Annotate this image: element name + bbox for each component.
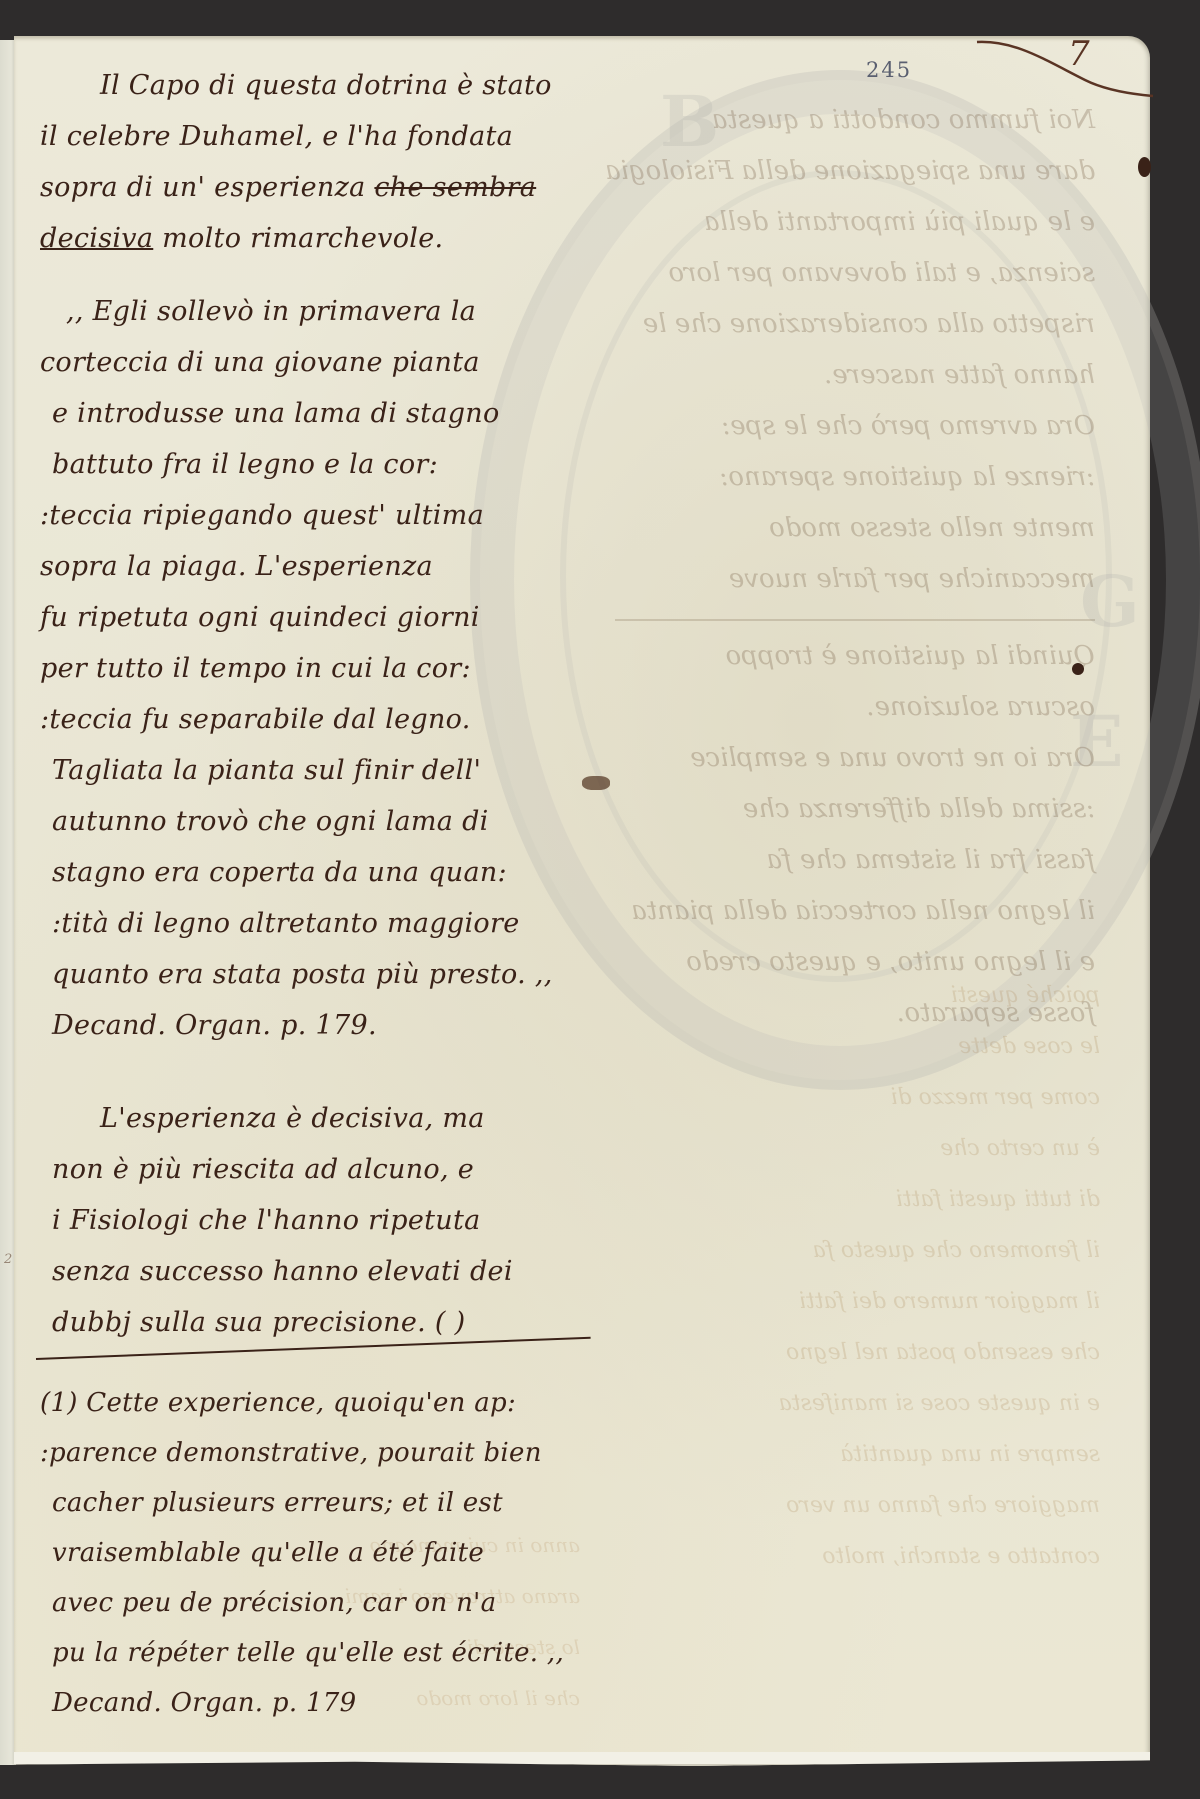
text-line: non è più riescita ad alcuno, e — [40, 1144, 600, 1195]
paragraph-3: L'esperienza è decisiva, ma non è più ri… — [40, 1093, 600, 1348]
text-line: il celebre Duhamel, e l'ha fondata — [40, 111, 600, 162]
text-line: :tità di legno altretanto maggiore — [40, 898, 600, 949]
text-line: battuto fra il legno e la cor: — [40, 439, 600, 490]
footnote-line: avec peu de précision, car on n'a — [40, 1578, 600, 1628]
text-line: stagno era coperta da una quan: — [40, 847, 600, 898]
text-line: sopra la piaga. L'esperienza — [40, 541, 600, 592]
folio-number-stamp: 245 — [866, 58, 912, 82]
footnote-line: pu la répéter telle qu'elle est écrite. … — [40, 1628, 600, 1678]
text-line: i Fisiologi che l'hanno ripetuta — [40, 1195, 600, 1246]
text-line: per tutto il tempo in cui la cor: — [40, 643, 600, 694]
footnote-line: cacher plusieurs erreurs; et il est — [40, 1478, 600, 1528]
citation-line: Decand. Organ. p. 179. — [40, 1000, 600, 1051]
paragraph-2-quotation: ,, Egli sollevò in primavera la cortecci… — [40, 286, 600, 1051]
footnote: (1) Cette experience, quoiqu'en ap: :par… — [40, 1378, 600, 1728]
text-line: Tagliata la pianta sul finir dell' — [40, 745, 600, 796]
text-line: ,, Egli sollevò in primavera la — [40, 286, 600, 337]
text-line: fu ripetuta ogni quindeci giorni — [40, 592, 600, 643]
text-line: :teccia ripiegando quest' ultima — [40, 490, 600, 541]
main-text-column: Il Capo di questa dotrina è stato il cel… — [40, 60, 600, 1728]
manuscript-scan: G E B Noi fummo condotti a questa dare u… — [0, 0, 1200, 1799]
underlined-word: decisiva — [40, 223, 153, 254]
ink-blot — [1138, 157, 1151, 177]
text-line-start: sopra di un' esperienza — [40, 172, 374, 203]
text-line-end: molto rimarchevole. — [153, 223, 443, 254]
text-line: senza successo hanno elevati dei — [40, 1246, 600, 1297]
footnote-citation-line: Decand. Organ. p. 179 — [40, 1678, 600, 1728]
text-line: :teccia fu separabile dal legno. — [40, 694, 600, 745]
text-line: L'esperienza è decisiva, ma — [40, 1093, 600, 1144]
text-line: e introdusse una lama di stagno — [40, 388, 600, 439]
struck-through-words: che sembra — [374, 172, 536, 203]
text-line: decisiva molto rimarchevole. — [40, 213, 600, 264]
footnote-line: (1) Cette experience, quoiqu'en ap: — [40, 1378, 600, 1428]
text-line: autunno trovò che ogni lama di — [40, 796, 600, 847]
marginal-mark: 2 — [4, 1252, 12, 1267]
text-line: Il Capo di questa dotrina è stato — [40, 60, 600, 111]
text-line: corteccia di una giovane pianta — [40, 337, 600, 388]
text-line: quanto era stata posta più presto. ,, — [40, 949, 600, 1000]
paragraph-1: Il Capo di questa dotrina è stato il cel… — [40, 60, 600, 264]
handwritten-page-number: 7 — [1068, 34, 1090, 74]
text-line: sopra di un' esperienza che sembra — [40, 162, 600, 213]
footnote-line: :parence demonstrative, pourait bien — [40, 1428, 600, 1478]
footnote-line: vraisemblable qu'elle a été faite — [40, 1528, 600, 1578]
page-bottom-edge — [14, 1752, 1150, 1766]
ink-blot — [1072, 663, 1084, 675]
